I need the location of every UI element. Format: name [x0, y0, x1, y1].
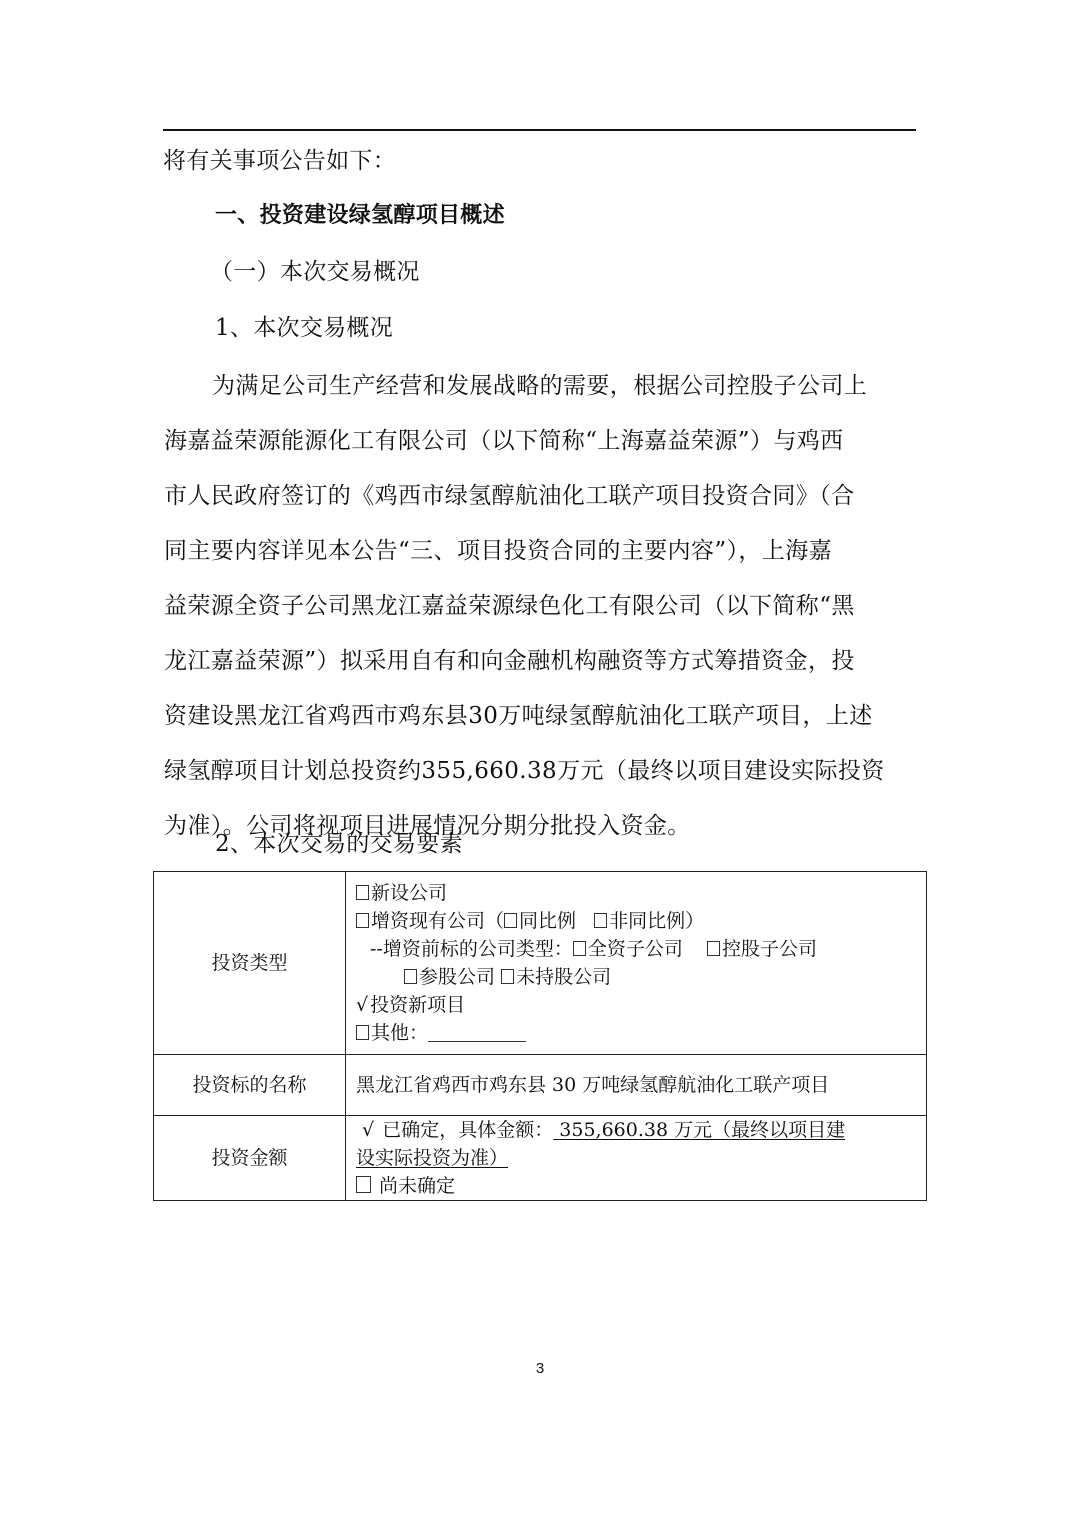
checkbox-unchecked-icon — [356, 1025, 369, 1040]
table-row-investment-amount: 投资金额 √ 已确定，具体金额： 355,660.38 万元（最终以项目建 设实… — [154, 1116, 927, 1201]
investment-amount-label: 投资金额 — [154, 1116, 346, 1201]
paragraph-line: 益荣源全资子公司黑龙江嘉益荣源绿色化工有限公司（以下简称“黑 — [164, 591, 916, 621]
subsection-heading: （一）本次交易概况 — [210, 257, 420, 287]
checkbox-unchecked-icon — [404, 969, 417, 984]
option-other: 其他： — [356, 1019, 920, 1047]
paragraph-line: 海嘉益荣源能源化工有限公司（以下简称“上海嘉益荣源”）与鸡西 — [164, 426, 916, 456]
option-new-project: √投资新项目 — [356, 991, 920, 1019]
other-blank-line — [428, 1023, 526, 1042]
paragraph-line: 资建设黑龙江省鸡西市鸡东县30万吨绿氢醇航油化工联产项目，上述 — [164, 701, 916, 731]
checkbox-unchecked-icon — [594, 913, 607, 928]
table-row-target-name: 投资标的名称 黑龙江省鸡西市鸡东县 30 万吨绿氢醇航油化工联产项目 — [154, 1055, 927, 1116]
table-row-investment-type: 投资类型 新设公司 增资现有公司（同比例 非同比例） --增资前标的公司类型：全… — [154, 872, 927, 1055]
checkbox-unchecked-icon — [501, 969, 514, 984]
amount-confirmed: √ 已确定，具体金额： 355,660.38 万元（最终以项目建 — [356, 1116, 920, 1144]
checkbox-unchecked-icon — [356, 1176, 371, 1193]
paragraph-line: 绿氢醇项目计划总投资约355,660.38万元（最终以项目建设实际投资 — [164, 756, 916, 786]
intro-line: 将有关事项公告如下： — [163, 146, 396, 176]
checkbox-unchecked-icon — [707, 941, 720, 956]
checkbox-unchecked-icon — [504, 913, 517, 928]
item2-heading: 2、本次交易的交易要素 — [215, 829, 463, 859]
page-number: 3 — [0, 1360, 1080, 1377]
paragraph-line: 同主要内容详见本公告“三、项目投资合同的主要内容”），上海嘉 — [164, 536, 916, 566]
amount-confirmed-cont: 设实际投资为准） — [356, 1144, 920, 1172]
checkbox-unchecked-icon — [573, 941, 586, 956]
checkbox-unchecked-icon — [356, 913, 369, 928]
target-name-label: 投资标的名称 — [154, 1055, 346, 1116]
paragraph-line: 龙江嘉益荣源”）拟采用自有和向金融机构融资等方式筹措资金，投 — [164, 646, 916, 676]
checkbox-unchecked-icon — [356, 885, 369, 900]
investment-type-options: 新设公司 增资现有公司（同比例 非同比例） --增资前标的公司类型：全资子公司 … — [346, 872, 927, 1055]
target-name-value: 黑龙江省鸡西市鸡东县 30 万吨绿氢醇航油化工联产项目 — [346, 1055, 927, 1116]
header-rule — [163, 129, 916, 131]
company-type-options-cont: 参股公司 未持股公司 — [356, 963, 920, 991]
item1-heading: 1、本次交易概况 — [215, 313, 393, 343]
amount-unconfirmed: 尚未确定 — [356, 1172, 920, 1200]
investment-type-label: 投资类型 — [154, 872, 346, 1055]
checkmark-icon: √ — [362, 1116, 374, 1144]
document-page: 将有关事项公告如下： 一、投资建设绿氢醇项目概述 （一）本次交易概况 1、本次交… — [0, 0, 1080, 1527]
section-heading: 一、投资建设绿氢醇项目概述 — [215, 201, 505, 231]
option-new-company: 新设公司 — [356, 879, 920, 907]
amount-text: 355,660.38 万元（最终以项目建 — [553, 1119, 845, 1141]
paragraph-line: 为满足公司生产经营和发展战略的需要，根据公司控股子公司上 — [164, 371, 916, 401]
paragraph-line: 市人民政府签订的《鸡西市绿氢醇航油化工联产项目投资合同》（合 — [164, 481, 916, 511]
investment-amount-value: √ 已确定，具体金额： 355,660.38 万元（最终以项目建 设实际投资为准… — [346, 1116, 927, 1201]
option-capital-increase: 增资现有公司（同比例 非同比例） — [356, 907, 920, 935]
transaction-elements-table: 投资类型 新设公司 增资现有公司（同比例 非同比例） --增资前标的公司类型：全… — [153, 871, 927, 1201]
pre-increase-company-type: --增资前标的公司类型：全资子公司 控股子公司 — [356, 935, 920, 963]
checkmark-icon: √ — [356, 991, 368, 1019]
